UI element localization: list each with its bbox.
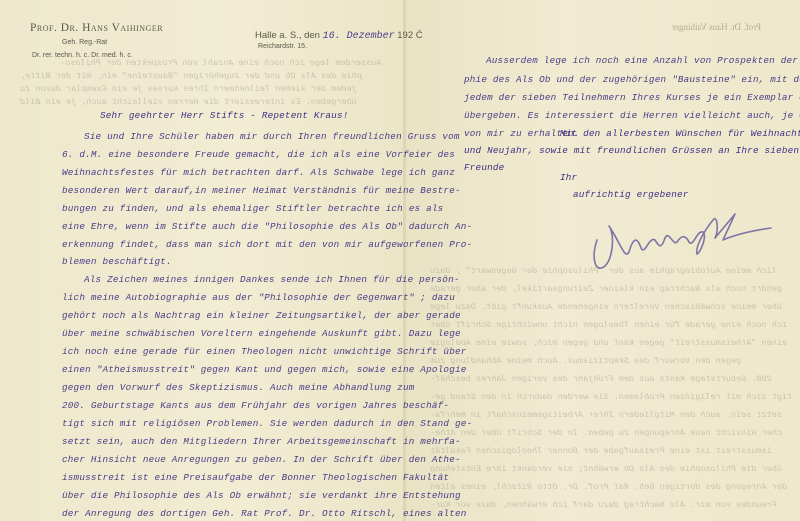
bleed-line: übergeben. Es interessiert die Herren vi…	[20, 97, 357, 107]
body-line: ismusstreit ist eine Preisaufgabe der Bo…	[62, 472, 449, 483]
signature	[585, 200, 775, 280]
body-line: 200. Geburtstage Kants aus dem Frühjahr …	[62, 400, 449, 411]
bleed-line: phie des Als Ob und der zugehörigen "Bau…	[20, 71, 362, 81]
body-line: über meine schwäbischen Voreltern eingeh…	[62, 328, 461, 339]
bleed-line: gehört noch als Nachtrag ein kleiner Zei…	[430, 284, 782, 294]
body-line: bungen zu finden, und als ehemaliger Sti…	[62, 203, 443, 214]
body-line: Weihnachtsfestes für mich betrachten dar…	[62, 167, 455, 178]
letterhead-place-date: Halle a. S., den 16. Dezember 192 Ć	[255, 30, 423, 42]
bleed-line: Ausserdem lege ich noch eine Anzahl von …	[60, 58, 381, 68]
body-line: eine Ehre, wenn im Stifte auch die "Phil…	[62, 221, 472, 232]
letterhead-street: Reichardstr. 15.	[258, 43, 307, 50]
bleed-line: gegen den Vorwurf des Skeptizismus. Auch…	[430, 356, 741, 366]
year: 192 Ć	[397, 30, 422, 41]
bleed-line: einen "Atheismusstreit" gegen Kant und g…	[430, 338, 787, 348]
date: 16. Dezember	[323, 31, 395, 42]
bleed-line: cher Hinsicht neue Anregungen zu geben. …	[430, 428, 782, 438]
body-line: blemen beschäftigt.	[62, 256, 172, 267]
body-line: setzt sein, auch den Mitgliedern Ihrer A…	[62, 436, 461, 447]
body-line: jedem der sieben Teilnehmern Ihres Kurse…	[464, 92, 800, 103]
bleed-line: der Anregung des dortigen Geh. Rat Prof.…	[430, 482, 787, 492]
body-line: der Anregung des dortigen Geh. Rat Prof.…	[62, 508, 467, 519]
letterhead-title: Geh. Reg.-Rat	[62, 39, 107, 46]
body-line: phie des Als Ob und der zugehörigen "Bau…	[464, 74, 800, 85]
bleed-line: ismusstreit ist eine Preisaufgabe der Bo…	[430, 446, 772, 456]
body-line: erkennung findet, dass man sich dort mit…	[62, 239, 472, 250]
body-line: 6. d.M. eine besondere Freude gemacht, d…	[62, 149, 455, 160]
bleed-line: Freundes von mir. Als Nachtrag dazu darf…	[430, 500, 777, 510]
ghost-letterhead: Prof. Dr. Hans Vaihinger	[672, 22, 761, 32]
bleed-line: über die Philosophie des Als Ob erwähnt;…	[430, 464, 782, 474]
bleed-line: tigt sich mit religiösen Problemen. Sie …	[430, 392, 792, 402]
body-line: besonderen Wert darauf,in meiner Heimat …	[62, 185, 461, 196]
closing-line: und Neujahr, sowie mit freundlichen Grüs…	[464, 145, 800, 156]
body-line: gehört noch als Nachtrag ein kleiner Zei…	[62, 310, 461, 321]
place: Halle a. S., den	[255, 30, 320, 41]
body-line: gegen den Vorwurf des Skeptizismus. Auch…	[62, 382, 415, 393]
closing-line: Mit den allerbesten Wünschen für Weihnac…	[560, 128, 800, 139]
bleed-line: 200. Geburtstage Kants aus dem Frühjahr …	[430, 374, 772, 384]
body-line: einen "Atheismusstreit" gegen Kant und g…	[62, 364, 467, 375]
body-line: Als Zeichen meines innigen Dankes sende …	[84, 274, 460, 285]
body-line: lich meine Autobiographie aus der "Philo…	[62, 292, 455, 303]
body-line: tigt sich mit religiösen Problemen. Sie …	[62, 418, 472, 429]
body-line: Sie und Ihre Schüler haben mir durch Ihr…	[84, 131, 460, 142]
bleed-line: jedem der sieben Teilnehmern Ihres Kurse…	[20, 84, 357, 94]
body-line: ich noch eine gerade für einen Theologen…	[62, 346, 467, 357]
bleed-line: über meine schwäbischen Voreltern eingeh…	[430, 302, 782, 312]
bleed-line: setzt sein, auch den Mitgliedern Ihrer A…	[430, 410, 782, 420]
letterhead-name: Prof. Dr. Hans Vaihinger	[30, 22, 163, 34]
body-line: Ausserdem lege ich noch eine Anzahl von …	[486, 55, 800, 66]
body-line: cher Hinsicht neue Anregungen zu geben. …	[62, 454, 461, 465]
valediction: aufrichtig ergebener	[573, 189, 689, 200]
body-line: über die Philosophie des Als Ob erwähnt;…	[62, 490, 461, 501]
closing-line: Freunde	[464, 162, 504, 173]
body-line: übergeben. Es interessiert die Herren vi…	[464, 110, 800, 121]
bleed-line: ich noch eine gerade für einen Theologen…	[430, 320, 787, 330]
valediction-ihr: Ihr	[560, 172, 577, 183]
salutation: Sehr geehrter Herr Stifts - Repetent Kra…	[100, 110, 349, 121]
